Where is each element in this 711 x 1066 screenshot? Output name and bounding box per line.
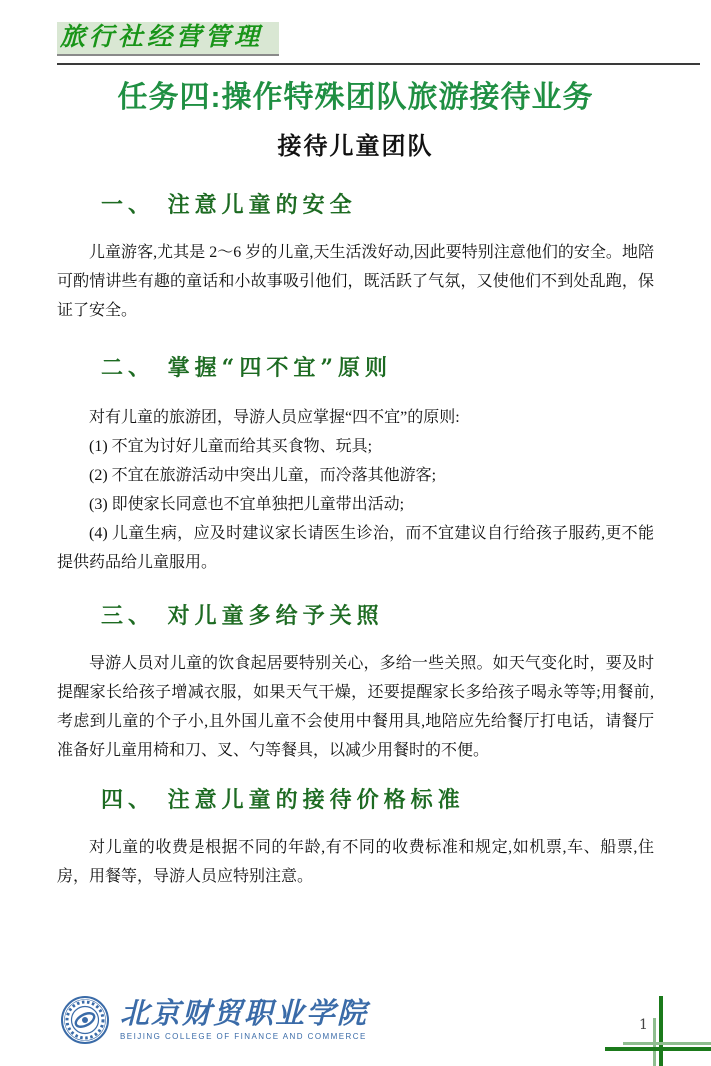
list-item-4: (4) 儿童生病，应及时建议家长请医生诊治，而不宜建议自行给孩子服药,更不能提供… [57,519,654,577]
section-heading-2: 二、 掌握“四不宜”原则 [101,353,654,383]
corner-decoration-horizontal-dark [605,1047,711,1051]
running-header: 旅行社经营管理 [57,22,654,56]
section-heading-4: 四、 注意儿童的接待价格标准 [101,785,654,815]
college-seal-icon [60,995,110,1045]
section-3-paragraph: 导游人员对儿童的饮食起居要特别关心，多给一些关照。如天气变化时，要及时提醒家长给… [57,649,654,765]
list-item-1: (1) 不宜为讨好儿童而给其买食物、玩具; [57,432,654,461]
section-2-lead: 对有儿童的旅游团，导游人员应掌握“四不宜”的原则: [57,403,654,432]
corner-decoration-horizontal-light [623,1042,711,1045]
section-4-paragraph: 对儿童的收费是根据不同的年龄,有不同的收费标准和规定,如机票,车、船票,住房，用… [57,833,654,891]
list-item-3: (3) 即使家长同意也不宜单独把儿童带出活动; [57,490,654,519]
list-item-2: (2) 不宜在旅游活动中突出儿童，而冷落其他游客; [57,461,654,490]
section-heading-3: 三、 对儿童多给予关照 [101,601,654,631]
page-subtitle: 接待儿童团队 [57,132,654,162]
page-title: 任务四:操作特殊团队旅游接待业务 [57,80,654,116]
college-logo-text: 北京财贸职业学院 BEIJING COLLEGE OF FINANCE AND … [120,995,368,1041]
college-name-en: BEIJING COLLEGE OF FINANCE AND COMMERCE [120,1032,368,1041]
header-rule [57,63,700,65]
college-name-cn: 北京财贸职业学院 [120,995,368,1031]
book-title: 旅行社经营管理 [57,22,279,56]
section-heading-1: 一、 注意儿童的安全 [101,190,654,220]
page-number: 1 [639,1017,648,1033]
document-page: 旅行社经营管理 任务四:操作特殊团队旅游接待业务 接待儿童团队 一、 注意儿童的… [0,0,711,1066]
page-content: 任务四:操作特殊团队旅游接待业务 接待儿童团队 一、 注意儿童的安全 儿童游客,… [57,80,654,891]
section-1-paragraph: 儿童游客,尤其是 2～6 岁的儿童,天生活泼好动,因此要特别注意他们的安全。地陪… [57,238,654,325]
college-logo: 北京财贸职业学院 BEIJING COLLEGE OF FINANCE AND … [60,995,368,1045]
corner-decoration-vertical-dark [659,996,663,1066]
